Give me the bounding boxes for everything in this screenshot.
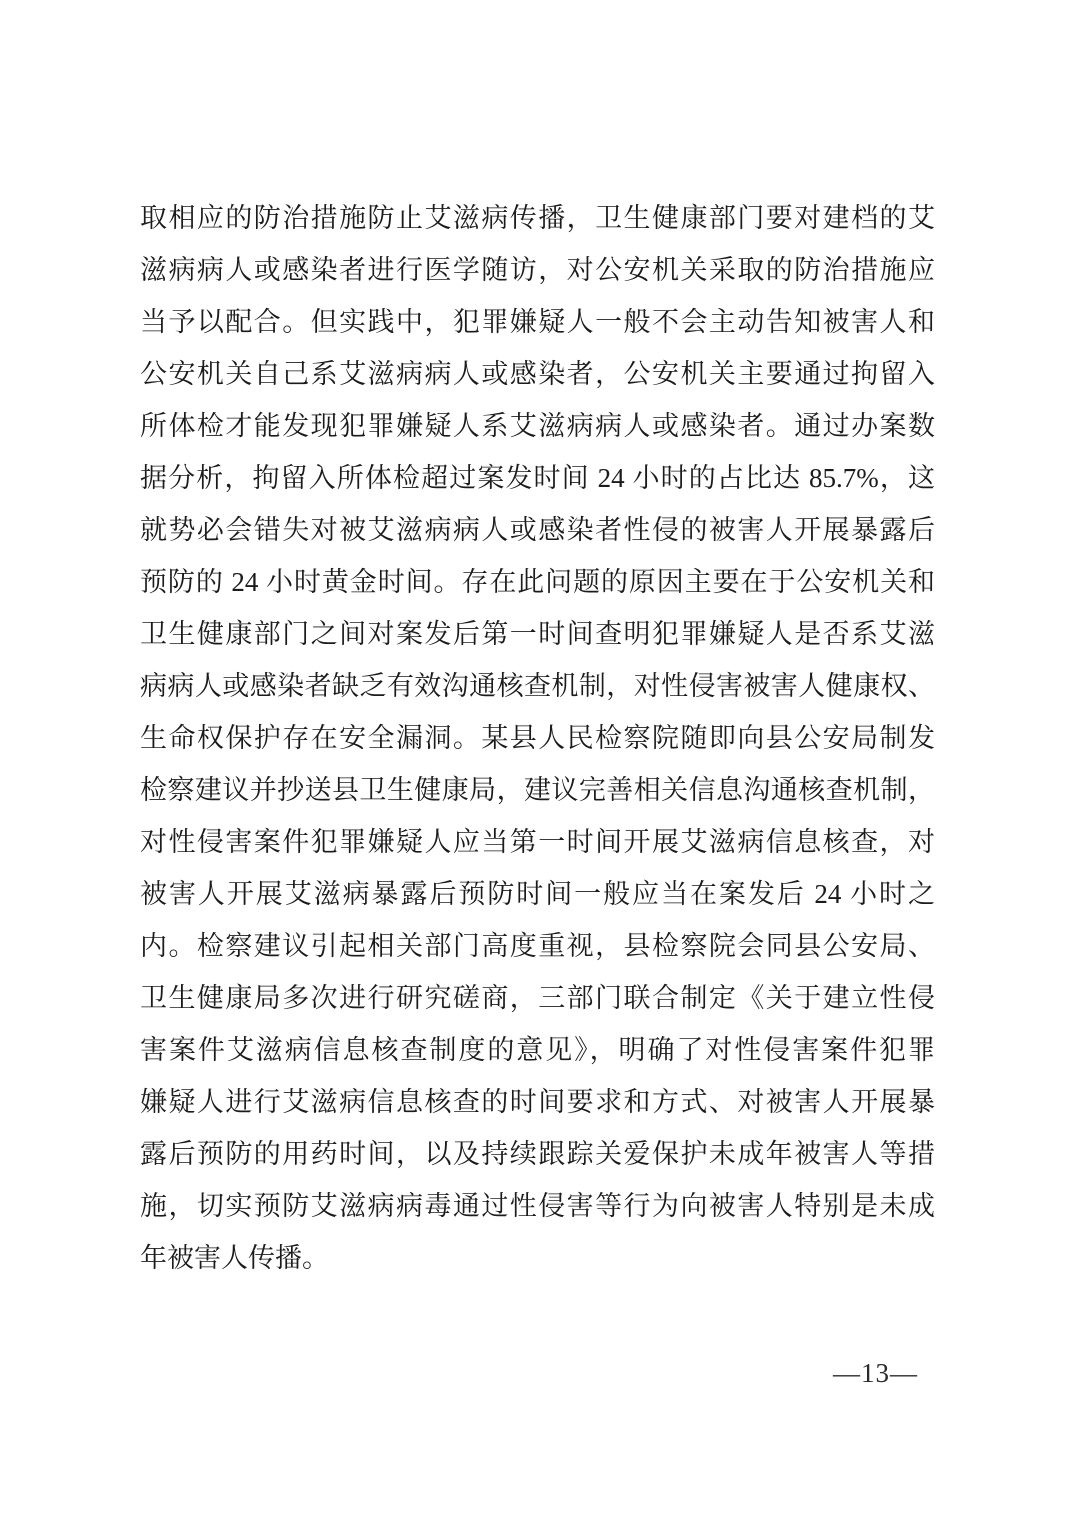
- paragraph-line: 病病人或感染者缺乏有效沟通核查机制，对性侵害被害人健康权、: [140, 660, 935, 712]
- paragraph-line: 害案件艾滋病信息核查制度的意见》，明确了对性侵害案件犯罪: [140, 1024, 935, 1076]
- paragraph-line: 当予以配合。但实践中，犯罪嫌疑人一般不会主动告知被害人和: [140, 296, 935, 348]
- paragraph-line: 滋病病人或感染者进行医学随访，对公安机关采取的防治措施应: [140, 244, 935, 296]
- paragraph-line: 检察建议并抄送县卫生健康局，建议完善相关信息沟通核查机制，: [140, 764, 935, 816]
- paragraph-line: 内。检察建议引起相关部门高度重视，县检察院会同县公安局、: [140, 920, 935, 972]
- paragraph-line: 施，切实预防艾滋病病毒通过性侵害等行为向被害人特别是未成: [140, 1180, 935, 1232]
- body-paragraph: 取相应的防治措施防止艾滋病传播，卫生健康部门要对建档的艾 滋病病人或感染者进行医…: [140, 192, 935, 1284]
- paragraph-line: 生命权保护存在安全漏洞。某县人民检察院随即向县公安局制发: [140, 712, 935, 764]
- paragraph-line: 就势必会错失对被艾滋病病人或感染者性侵的被害人开展暴露后: [140, 504, 935, 556]
- paragraph-line: 卫生健康部门之间对案发后第一时间查明犯罪嫌疑人是否系艾滋: [140, 608, 935, 660]
- paragraph-line: 所体检才能发现犯罪嫌疑人系艾滋病病人或感染者。通过办案数: [140, 400, 935, 452]
- paragraph-line: 取相应的防治措施防止艾滋病传播，卫生健康部门要对建档的艾: [140, 192, 935, 244]
- paragraph-line: 预防的 24 小时黄金时间。存在此问题的原因主要在于公安机关和: [140, 556, 935, 608]
- paragraph-line: 公安机关自己系艾滋病病人或感染者，公安机关主要通过拘留入: [140, 348, 935, 400]
- paragraph-line: 卫生健康局多次进行研究磋商，三部门联合制定《关于建立性侵: [140, 972, 935, 1024]
- paragraph-line: 据分析，拘留入所体检超过案发时间 24 小时的占比达 85.7%，这: [140, 452, 935, 504]
- paragraph-line: 对性侵害案件犯罪嫌疑人应当第一时间开展艾滋病信息核查，对: [140, 816, 935, 868]
- paragraph-line: 嫌疑人进行艾滋病信息核查的时间要求和方式、对被害人开展暴: [140, 1076, 935, 1128]
- document-page: 取相应的防治措施防止艾滋病传播，卫生健康部门要对建档的艾 滋病病人或感染者进行医…: [0, 0, 1074, 1520]
- paragraph-line: 被害人开展艾滋病暴露后预防时间一般应当在案发后 24 小时之: [140, 868, 935, 920]
- paragraph-line: 露后预防的用药时间，以及持续跟踪关爱保护未成年被害人等措: [140, 1128, 935, 1180]
- page-number: —13—: [833, 1356, 918, 1390]
- paragraph-line: 年被害人传播。: [140, 1232, 935, 1284]
